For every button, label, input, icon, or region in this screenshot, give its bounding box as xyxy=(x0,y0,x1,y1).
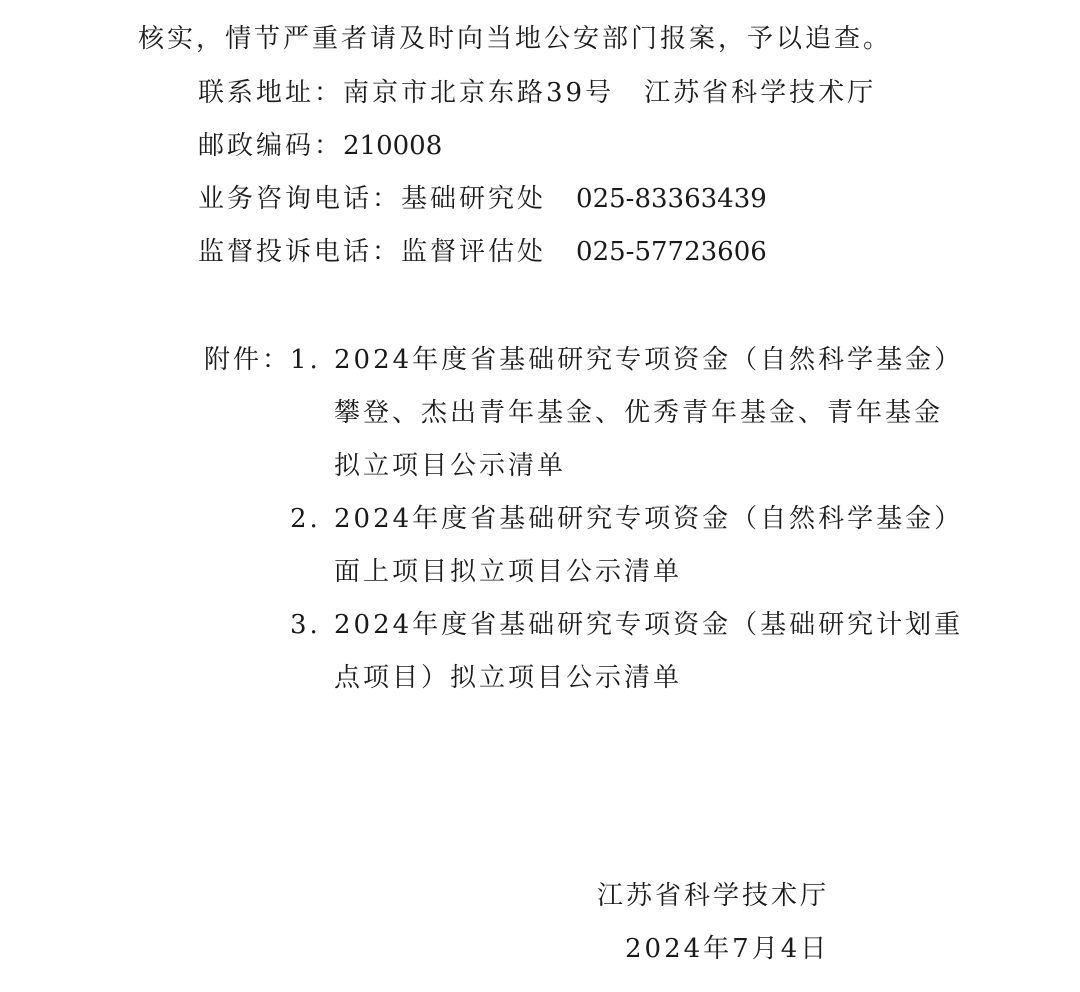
address-label: 联系地址： xyxy=(198,78,343,108)
postcode-label: 邮政编码： xyxy=(198,131,343,161)
complaint-phone-label: 监督投诉电话： xyxy=(198,237,401,267)
attachment-line: 攀登、杰出青年基金、优秀青年基金、青年基金 xyxy=(334,396,943,430)
contact-address: 联系地址：南京市北京东路39号江苏省科学技术厅 xyxy=(198,76,876,110)
address-value: 南京市北京东路39号 xyxy=(343,78,614,108)
contact-postcode: 邮政编码：210008 xyxy=(198,129,442,163)
complaint-phone-number: 025-57723606 xyxy=(576,237,767,267)
attachment-number: 2. xyxy=(290,502,321,536)
business-phone-label: 业务咨询电话： xyxy=(198,184,401,214)
attachment-line: 2024年度省基础研究专项资金（基础研究计划重 xyxy=(334,608,963,642)
address-org: 江苏省科学技术厅 xyxy=(644,78,876,108)
contact-business-phone: 业务咨询电话：基础研究处025-83363439 xyxy=(198,182,767,216)
attachment-number: 3. xyxy=(290,608,321,642)
business-phone-dept: 基础研究处 xyxy=(401,184,546,214)
attachment-line: 点项目）拟立项目公示清单 xyxy=(334,661,682,695)
attachment-line: 2024年度省基础研究专项资金（自然科学基金） xyxy=(334,502,963,536)
attachment-line: 面上项目拟立项目公示清单 xyxy=(334,555,682,589)
attachments-label: 附件： xyxy=(204,343,291,377)
postcode-value: 210008 xyxy=(343,131,442,161)
contact-complaint-phone: 监督投诉电话：监督评估处025-57723606 xyxy=(198,235,767,269)
attachment-line: 拟立项目公示清单 xyxy=(334,449,566,483)
business-phone-number: 025-83363439 xyxy=(576,184,767,214)
signature-organization: 江苏省科学技术厅 xyxy=(597,879,829,913)
attachment-number: 1. xyxy=(290,343,321,377)
complaint-phone-dept: 监督评估处 xyxy=(401,237,546,267)
signature-date: 2024年7月4日 xyxy=(625,932,829,966)
attachment-line: 2024年度省基础研究专项资金（自然科学基金） xyxy=(334,343,963,377)
paragraph-tail: 核实，情节严重者请及时向当地公安部门报案，予以追查。 xyxy=(138,22,892,56)
